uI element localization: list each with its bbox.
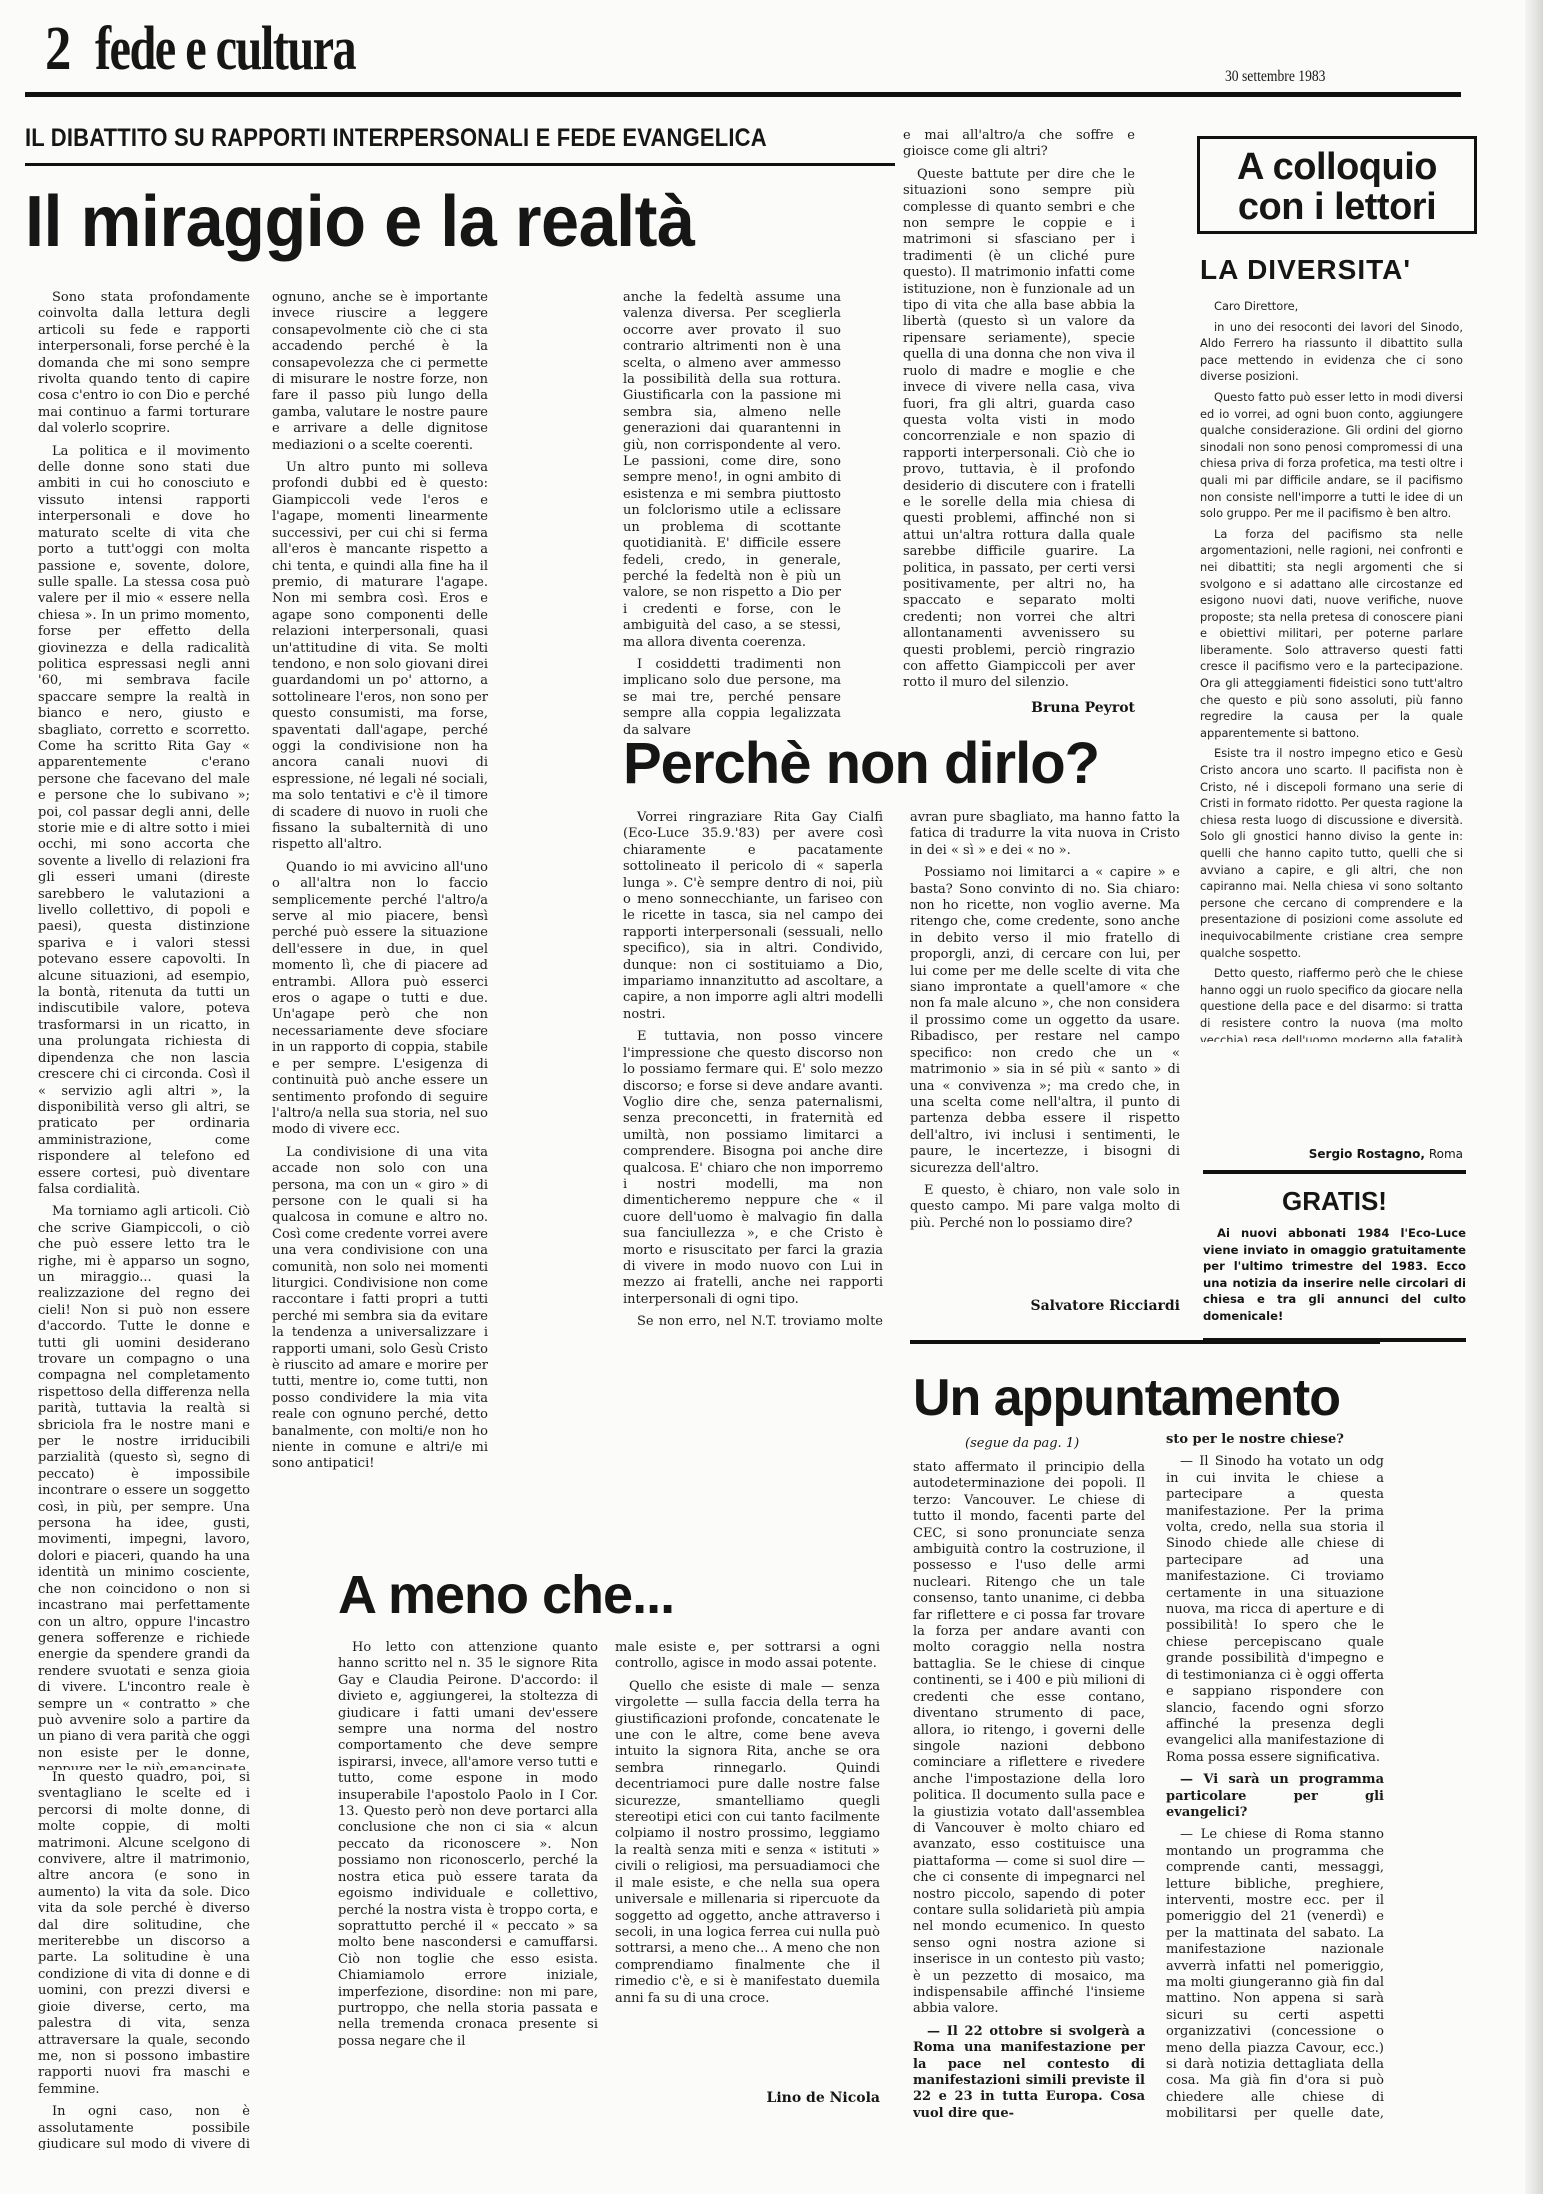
kicker-rule <box>25 163 895 166</box>
article-main-col4: e mai all'altro/a che soffre e gioisce c… <box>903 128 1135 698</box>
gratis-body: Ai nuovi abbonati 1984 l'Eco-Luce viene … <box>1203 1225 1466 1325</box>
paragraph: La condivisione di una vita accade non s… <box>272 1145 488 1470</box>
paragraph: in uno dei resoconti dei lavori del Sino… <box>1200 319 1463 385</box>
paragraph: Quello che esiste di male — senza virgol… <box>615 1679 880 2007</box>
paragraph: sto per le nostre chiese? <box>1166 1432 1384 1448</box>
section-title: fede e cultura <box>95 18 355 80</box>
gratis-top-rule <box>1203 1170 1466 1174</box>
paragraph: In questo quadro, poi, si sventagliano l… <box>38 1770 250 2098</box>
article-appuntamento-col2: sto per le nostre chiese? — Il Sinodo ha… <box>1166 1432 1384 2122</box>
paragraph: Possiamo noi limitarci a « capire » e ba… <box>910 865 1180 1177</box>
paragraph: Quando io mi avvicino all'uno o all'altr… <box>272 860 488 1139</box>
article-perche-col2: avran pure sbagliato, ma hanno fatto la … <box>910 810 1180 1260</box>
headline-appuntamento: Un appuntamento <box>913 1372 1340 1424</box>
paragraph: — Le chiese di Roma stanno montando un p… <box>1166 1827 1384 2122</box>
paragraph: Detto questo, riaffermo però che le chie… <box>1200 965 1463 1042</box>
page-edge-shadow <box>1525 0 1543 2194</box>
paragraph: Vorrei ringraziare Rita Gay Cialfi (Eco-… <box>623 810 883 1023</box>
article-main-col1: Sono stata profondamente coinvolta dalla… <box>38 290 250 1770</box>
headline-main: Il miraggio e la realtà <box>25 186 695 258</box>
signature-salvatore-ricciardi: Salvatore Ricciardi <box>910 1298 1180 1314</box>
paragraph: anche la fedeltà assume una valenza dive… <box>623 290 841 651</box>
article-main-col1-bottom: In questo quadro, poi, si sventagliano l… <box>38 1770 250 2150</box>
colloquio-box: A colloquio con i lettori <box>1197 136 1477 234</box>
paragraph: Sono stata profondamente coinvolta dalla… <box>38 290 250 438</box>
gratis-title: GRATIS! <box>1203 1186 1466 1217</box>
paragraph: I cosiddetti tradimenti non implicano so… <box>623 657 841 739</box>
masthead-rule <box>25 92 1461 97</box>
colloquio-line2: con i lettori <box>1200 187 1474 227</box>
paragraph: Questo fatto può esser letto in modi div… <box>1200 389 1463 522</box>
paragraph: Ma torniamo agli articoli. Ciò che scriv… <box>38 1204 250 1770</box>
kicker: IL DIBATTITO SU RAPPORTI INTERPERSONALI … <box>25 124 767 153</box>
article-main-col2: ognuno, anche se è importante invece riu… <box>272 290 488 1470</box>
paragraph: e mai all'altro/a che soffre e gioisce c… <box>903 128 1135 161</box>
paragraph: — Il Sinodo ha votato un odg in cui invi… <box>1166 1454 1384 1766</box>
continued-note: (segue da pag. 1) <box>965 1436 1079 1451</box>
paragraph: — Vi sarà un programma particolare per g… <box>1166 1772 1384 1821</box>
letter-title: LA DIVERSITA' <box>1200 254 1411 286</box>
signature-lino-de-nicola: Lino de Nicola <box>615 2090 880 2106</box>
headline-perche: Perchè non dirlo? <box>623 735 1099 793</box>
page-number: 2 <box>45 18 71 80</box>
paragraph: Se non erro, nel N.T. troviamo molte ind… <box>623 1314 883 1330</box>
gratis-bottom-rule <box>1203 1338 1466 1342</box>
paragraph: In ogni caso, non è assolutamente possib… <box>38 2104 250 2150</box>
paragraph: Esiste tra il nostro impegno etico e Ges… <box>1200 745 1463 961</box>
paragraph: male esiste e, per sottrarsi a ogni cont… <box>615 1640 880 1673</box>
paragraph: Ho letto con attenzione quanto hanno scr… <box>338 1640 598 2050</box>
signature-place: Roma <box>1429 1147 1463 1161</box>
paragraph: ognuno, anche se è importante invece riu… <box>272 290 488 454</box>
article-appuntamento-col1: stato affermato il principio della autod… <box>913 1460 1145 2120</box>
letter-signature: Sergio Rostagno, Roma <box>1200 1147 1463 1161</box>
paragraph: stato affermato il principio della autod… <box>913 1460 1145 2018</box>
paragraph: E tuttavia, non posso vincere l'impressi… <box>623 1029 883 1308</box>
salutation: Caro Direttore, <box>1200 298 1463 315</box>
signature-bruna-peyrot: Bruna Peyrot <box>903 700 1135 716</box>
letter-body: Caro Direttore, in uno dei resoconti dei… <box>1200 298 1463 1042</box>
paragraph: La forza del pacifismo sta nelle argomen… <box>1200 526 1463 742</box>
article-ameno-col2: male esiste e, per sottrarsi a ogni cont… <box>615 1640 880 2085</box>
issue-date: 30 settembre 1983 <box>1225 68 1325 86</box>
colloquio-line1: A colloquio <box>1200 147 1474 187</box>
paragraph: La politica e il movimento delle donne s… <box>38 444 250 1199</box>
paragraph: E questo, è chiaro, non vale solo in que… <box>910 1183 1180 1232</box>
paragraph: — Il 22 ottobre si svolgerà a Roma una m… <box>913 2024 1145 2120</box>
gratis-text: Ai nuovi abbonati 1984 l'Eco-Luce viene … <box>1203 1225 1466 1325</box>
article-ameno-col1: Ho letto con attenzione quanto hanno scr… <box>338 1640 598 2160</box>
paragraph: Un altro punto mi solleva profondi dubbi… <box>272 460 488 854</box>
article-main-col3: anche la fedeltà assume una valenza dive… <box>623 290 841 750</box>
article-perche-col1: Vorrei ringraziare Rita Gay Cialfi (Eco-… <box>623 810 883 1330</box>
paragraph: Queste battute per dire che le situazion… <box>903 167 1135 692</box>
headline-ameno: A meno che... <box>338 1568 674 1622</box>
signature-name: Sergio Rostagno, <box>1309 1147 1425 1161</box>
paragraph: avran pure sbagliato, ma hanno fatto la … <box>910 810 1180 859</box>
